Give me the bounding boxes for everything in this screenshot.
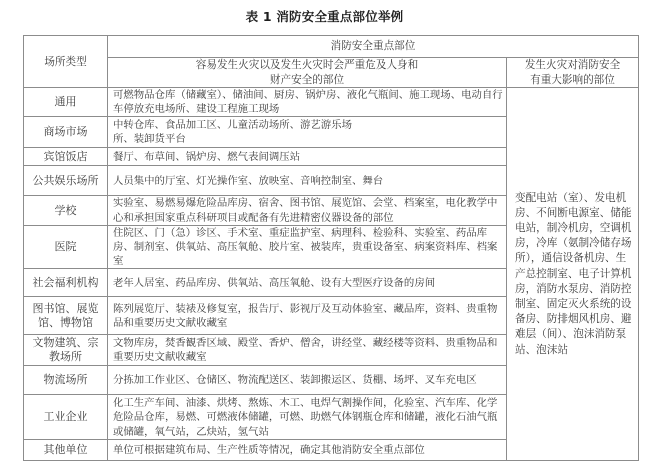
table-row: 通用 可燃物品仓库（储藏室）、储油间、厨房、锅炉房、液化气瓶间、施工现场、电动自…: [24, 88, 639, 117]
place-type-cell: 学校: [24, 196, 108, 225]
fire-risk-parts-cell: 陈列展览厅、装裱及修复室，报告厅、影视厅及互动体验室、藏品库，资料、贵重物品和重…: [108, 297, 507, 335]
fire-risk-parts-cell: 人员集中的厅室、灯光操作室、放映室、音响控制室、舞台: [108, 166, 507, 196]
header-fire-risk-line1: 容易发生火灾以及发生火灾时会严重危及人身和: [112, 58, 502, 72]
place-type-cell: 文物建筑、宗教场所: [24, 335, 108, 366]
fire-risk-parts-cell: 可燃物品仓库（储藏室）、储油间、厨房、锅炉房、液化气瓶间、施工现场、电动自行车停…: [108, 88, 507, 117]
header-row-1: 场所类型 消防安全重点部位: [24, 36, 639, 58]
place-type-cell: 图书馆、展览馆、博物馆: [24, 297, 108, 335]
fire-risk-parts-cell: 文物库房，焚香観香区域、殿堂、香炉、僧舍，讲经堂、藏经楼等资料、贵重物品和重要历…: [108, 335, 507, 366]
fire-risk-parts-text: 中转仓库、食品加工区、儿童活动场所、游艺游乐场所、装卸货平台: [113, 118, 353, 146]
place-type-cell: 公共娱乐场所: [24, 166, 108, 196]
fire-risk-parts-cell: 化工生产车间、油漆、烘烤、熬炼、木工、电焊气割操作间，化验室、汽车库、化学危险品…: [108, 395, 507, 440]
header-major-impact-line1: 发生火灾对消防安全: [511, 58, 634, 72]
fire-risk-parts-cell: 餐厅、布草间、锅炉房、燃气表间调压站: [108, 148, 507, 166]
header-fire-risk-line2: 财产安全的部位: [112, 73, 502, 87]
fire-risk-parts-cell: 中转仓库、食品加工区、儿童活动场所、游艺游乐场所、装卸货平台: [108, 117, 507, 148]
fire-safety-key-parts-table: 场所类型 消防安全重点部位 容易发生火灾以及发生火灾时会严重危及人身和 财产安全…: [23, 35, 639, 461]
place-type-cell: 社会福利机构: [24, 269, 108, 297]
place-type-text: 公共娱乐场所: [32, 174, 100, 188]
header-major-impact-parts: 发生火灾对消防安全 有重大影响的部位: [507, 58, 639, 88]
header-place-type: 场所类型: [24, 36, 108, 88]
place-type-cell: 医院: [24, 225, 108, 269]
table-title: 表 1 消防安全重点部位举例: [0, 7, 649, 25]
header-fire-risk-parts: 容易发生火灾以及发生火灾时会严重危及人身和 财产安全的部位: [108, 58, 507, 88]
place-type-cell: 其他单位: [24, 440, 108, 461]
fire-risk-parts-cell: 老年人居室、药品库房、供氧站、高压氧舱、设有大型医疗设备的房间: [108, 269, 507, 297]
place-type-cell: 宾馆饭店: [24, 148, 108, 166]
header-row-2: 容易发生火灾以及发生火灾时会严重危及人身和 财产安全的部位 发生火灾对消防安全 …: [24, 58, 639, 88]
fire-risk-parts-cell: 住院区、门（急）诊区、手术室、重症监护室、病理科、检验科、实验室、药品库房、制剂…: [108, 225, 507, 269]
header-major-impact-line2: 有重大影响的部位: [511, 73, 634, 87]
fire-risk-parts-cell: 单位可根据建筑布局、生产性质等情况，确定其他消防安全重点部位: [108, 440, 507, 461]
place-type-text: 图书馆、展览馆、博物馆: [30, 302, 102, 330]
header-key-parts-group: 消防安全重点部位: [108, 36, 639, 58]
place-type-text: 社会福利机构: [32, 276, 100, 290]
fire-risk-parts-cell: 实验室、易燃易爆危险品库房、宿舍、图书馆、展览馆、会堂、档案室，电化教学中心和承…: [108, 196, 507, 225]
major-impact-parts-cell: 变配电站（室）、发电机房、不间断电源室、储能电站，制冷机房，空调机房，冷库（氨制…: [507, 88, 639, 461]
place-type-cell: 通用: [24, 88, 108, 117]
place-type-cell: 物流场所: [24, 366, 108, 395]
place-type-cell: 商场市场: [24, 117, 108, 148]
place-type-text: 文物建筑、宗教场所: [30, 336, 102, 364]
place-type-cell: 工业企业: [24, 395, 108, 440]
fire-risk-parts-cell: 分拣加工作业区、仓储区、物流配送区、装卸搬运区、货棚、场坪、叉车充电区: [108, 366, 507, 395]
